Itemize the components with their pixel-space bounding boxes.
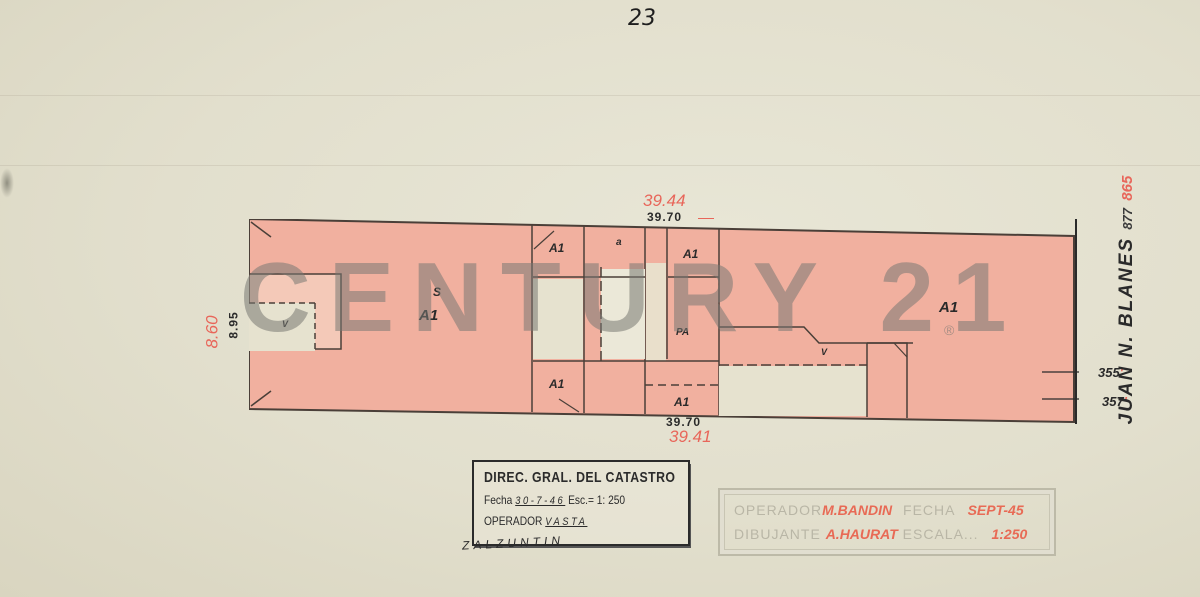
catastro-operador-value: VASTA	[545, 516, 587, 528]
faint-ruling-line	[0, 165, 1200, 166]
top-dimension-red: 39.44	[643, 191, 686, 211]
catastro-fecha-value: 30-7-46	[515, 495, 565, 507]
operator-stamp-row-2: DIBUJANTE A.HAURAT ESCALA... 1:250	[734, 526, 1027, 542]
left-dimension-red: 8.60	[203, 315, 223, 348]
operator-stamp: OPERADORM.BANDIN FECHA SEPT-45 DIBUJANTE…	[718, 488, 1056, 556]
left-dimension-black: 8.95	[227, 311, 241, 338]
registered-mark: ®	[944, 322, 954, 338]
lot-label-center-bottom-right: A1	[674, 395, 689, 409]
lot-label-center-bottom-left: A1	[549, 377, 564, 391]
fecha-value: SEPT-45	[968, 502, 1024, 518]
catastro-stamp-title: DIREC. GRAL. DEL CATASTRO	[484, 469, 675, 486]
street-door-numbers: 877	[1120, 208, 1135, 230]
street-red-number: 865	[1119, 176, 1136, 201]
street-name: JUAN N. BLANES	[1116, 237, 1137, 424]
watermark-logo: CENTURY 21	[240, 248, 1025, 346]
operador-value: M.BANDIN	[822, 502, 892, 518]
dibujante-value: A.HAURAT	[826, 526, 898, 542]
page-number: 23	[628, 6, 656, 31]
escala-value: 1:250	[991, 526, 1027, 542]
ink-blot	[0, 168, 14, 198]
bottom-dimension-red: 39.41	[669, 427, 712, 447]
catastro-stamp: DIREC. GRAL. DEL CATASTRO Fecha 30-7-46 …	[472, 460, 690, 546]
catastro-stamp-fecha-row: Fecha 30-7-46 Esc.= 1: 250	[484, 493, 625, 507]
catastro-stamp-operador-row: OPERADOR VASTA	[484, 514, 587, 528]
operator-stamp-row-1: OPERADORM.BANDIN FECHA SEPT-45	[734, 502, 1024, 518]
faint-ruling-line	[0, 95, 1200, 96]
